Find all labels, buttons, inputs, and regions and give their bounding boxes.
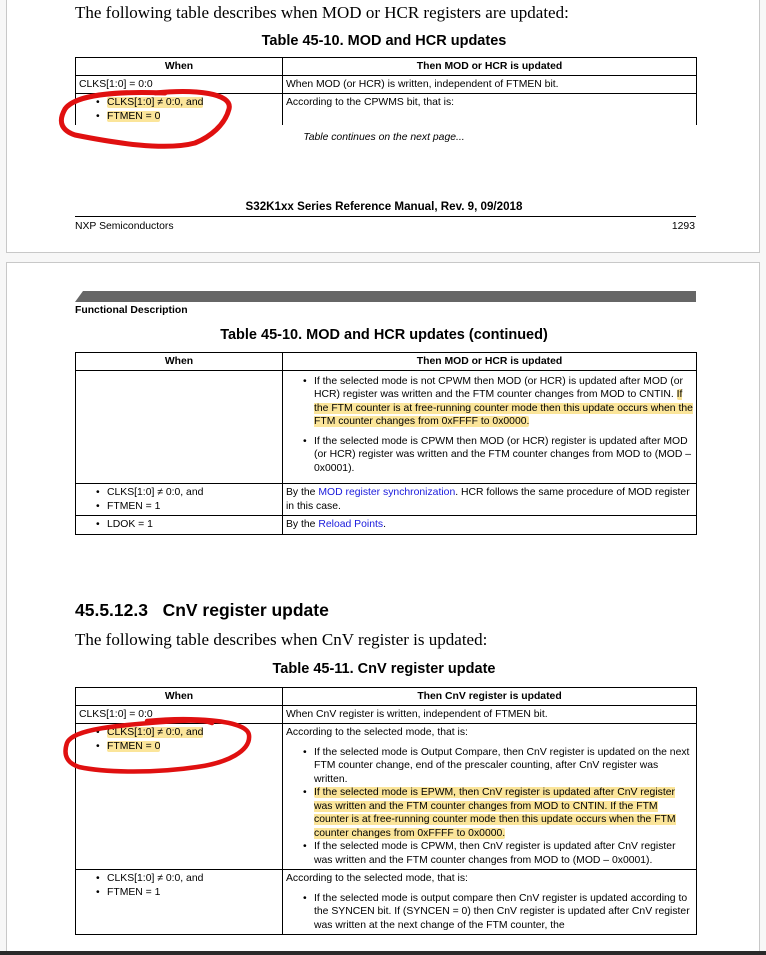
cell-then: According to the selected mode, that is:…	[283, 870, 697, 935]
bullet-item: If the selected mode is EPWM, then CnV r…	[286, 786, 693, 840]
cell-then: If the selected mode is not CPWM then MO…	[283, 370, 697, 484]
column-header-then: Then MOD or HCR is updated	[283, 58, 697, 76]
cell-intro: According to the selected mode, that is:	[286, 726, 693, 740]
table-header-row: When Then CnV register is updated	[76, 688, 697, 706]
reload-points-link[interactable]: Reload Points	[318, 519, 383, 530]
footer-company: NXP Semiconductors	[75, 221, 174, 232]
cell-then: By the MOD register synchronization. HCR…	[283, 484, 697, 516]
cell-when: CLKS[1:0] ≠ 0:0, and FTMEN = 1	[76, 484, 283, 516]
pdf-page-1293: The following table describes when MOD o…	[6, 0, 760, 253]
intro-paragraph: The following table describes when CnV r…	[75, 630, 487, 650]
cell-then: When CnV register is written, independen…	[283, 705, 697, 724]
bullet-item: If the selected mode is CPWM then MOD (o…	[286, 435, 693, 476]
cell-when: CLKS[1:0] ≠ 0:0, and FTMEN = 0	[76, 94, 283, 126]
table-row: CLKS[1:0] = 0:0 When MOD (or HCR) is wri…	[76, 75, 697, 94]
bullet-item: If the selected mode is not CPWM then MO…	[286, 375, 693, 429]
table-title: Table 45-10. MOD and HCR updates	[7, 33, 761, 49]
table-row: CLKS[1:0] ≠ 0:0, and FTMEN = 1 By the MO…	[76, 484, 697, 516]
table-title: Table 45-10. MOD and HCR updates (contin…	[7, 327, 761, 343]
highlighted-text: If the selected mode is EPWM, then CnV r…	[314, 787, 676, 839]
cnv-update-table: When Then CnV register is updated CLKS[1…	[75, 687, 697, 935]
cell-when: CLKS[1:0] ≠ 0:0, and FTMEN = 1	[76, 870, 283, 935]
bullet-item: If the selected mode is Output Compare, …	[286, 746, 693, 787]
chapter-header-label: Functional Description	[75, 305, 188, 316]
mod-sync-link[interactable]: MOD register synchronization	[318, 487, 455, 498]
table-header-row: When Then MOD or HCR is updated	[76, 353, 697, 371]
condition-item: CLKS[1:0] ≠ 0:0, and	[79, 872, 279, 886]
cell-then: When MOD (or HCR) is written, independen…	[283, 75, 697, 94]
cell-when	[76, 370, 283, 484]
footer-divider	[75, 216, 696, 217]
cell-intro: According to the selected mode, that is:	[286, 872, 693, 886]
table-row: CLKS[1:0] ≠ 0:0, and FTMEN = 0 According…	[76, 724, 697, 870]
condition-item: FTMEN = 1	[79, 500, 279, 514]
table-row: CLKS[1:0] = 0:0 When CnV register is wri…	[76, 705, 697, 724]
column-header-then: Then CnV register is updated	[283, 688, 697, 706]
column-header-then: Then MOD or HCR is updated	[283, 353, 697, 371]
table-row: LDOK = 1 By the Reload Points.	[76, 516, 697, 535]
viewport-bottom-edge	[0, 951, 766, 955]
cell-when: LDOK = 1	[76, 516, 283, 535]
intro-paragraph: The following table describes when MOD o…	[75, 3, 569, 23]
condition-item: LDOK = 1	[79, 518, 279, 532]
bullet-item: If the selected mode is CPWM, then CnV r…	[286, 840, 693, 867]
mod-hcr-table-continued: When Then MOD or HCR is updated If the s…	[75, 352, 697, 535]
chapter-header-bar	[75, 291, 696, 302]
cell-then: By the Reload Points.	[283, 516, 697, 535]
column-header-when: When	[76, 58, 283, 76]
bullet-item: If the selected mode is output compare t…	[286, 892, 693, 933]
condition-item: FTMEN = 0	[79, 110, 279, 124]
table-row: CLKS[1:0] ≠ 0:0, and FTMEN = 0 According…	[76, 94, 697, 126]
page-number: 1293	[672, 221, 695, 232]
column-header-when: When	[76, 688, 283, 706]
footer-manual-title: S32K1xx Series Reference Manual, Rev. 9,…	[7, 200, 761, 213]
cell-when: CLKS[1:0] = 0:0	[76, 75, 283, 94]
condition-item: FTMEN = 1	[79, 886, 279, 900]
condition-item: FTMEN = 0	[79, 740, 279, 754]
column-header-when: When	[76, 353, 283, 371]
condition-item: CLKS[1:0] ≠ 0:0, and	[79, 726, 279, 740]
cell-then: According to the CPWMS bit, that is:	[283, 94, 697, 126]
section-heading: 45.5.12.3 CnV register update	[75, 600, 329, 621]
cell-when: CLKS[1:0] ≠ 0:0, and FTMEN = 0	[76, 724, 283, 870]
table-title: Table 45-11. CnV register update	[7, 661, 761, 677]
mod-hcr-table: When Then MOD or HCR is updated CLKS[1:0…	[75, 57, 697, 125]
continues-note: Table continues on the next page...	[7, 132, 761, 143]
table-row: If the selected mode is not CPWM then MO…	[76, 370, 697, 484]
pdf-page-next: Functional Description Table 45-10. MOD …	[6, 262, 760, 955]
table-row: CLKS[1:0] ≠ 0:0, and FTMEN = 1 According…	[76, 870, 697, 935]
condition-item: CLKS[1:0] ≠ 0:0, and	[79, 96, 279, 110]
cell-when: CLKS[1:0] = 0:0	[76, 705, 283, 724]
table-header-row: When Then MOD or HCR is updated	[76, 58, 697, 76]
cell-then: According to the selected mode, that is:…	[283, 724, 697, 870]
condition-item: CLKS[1:0] ≠ 0:0, and	[79, 486, 279, 500]
